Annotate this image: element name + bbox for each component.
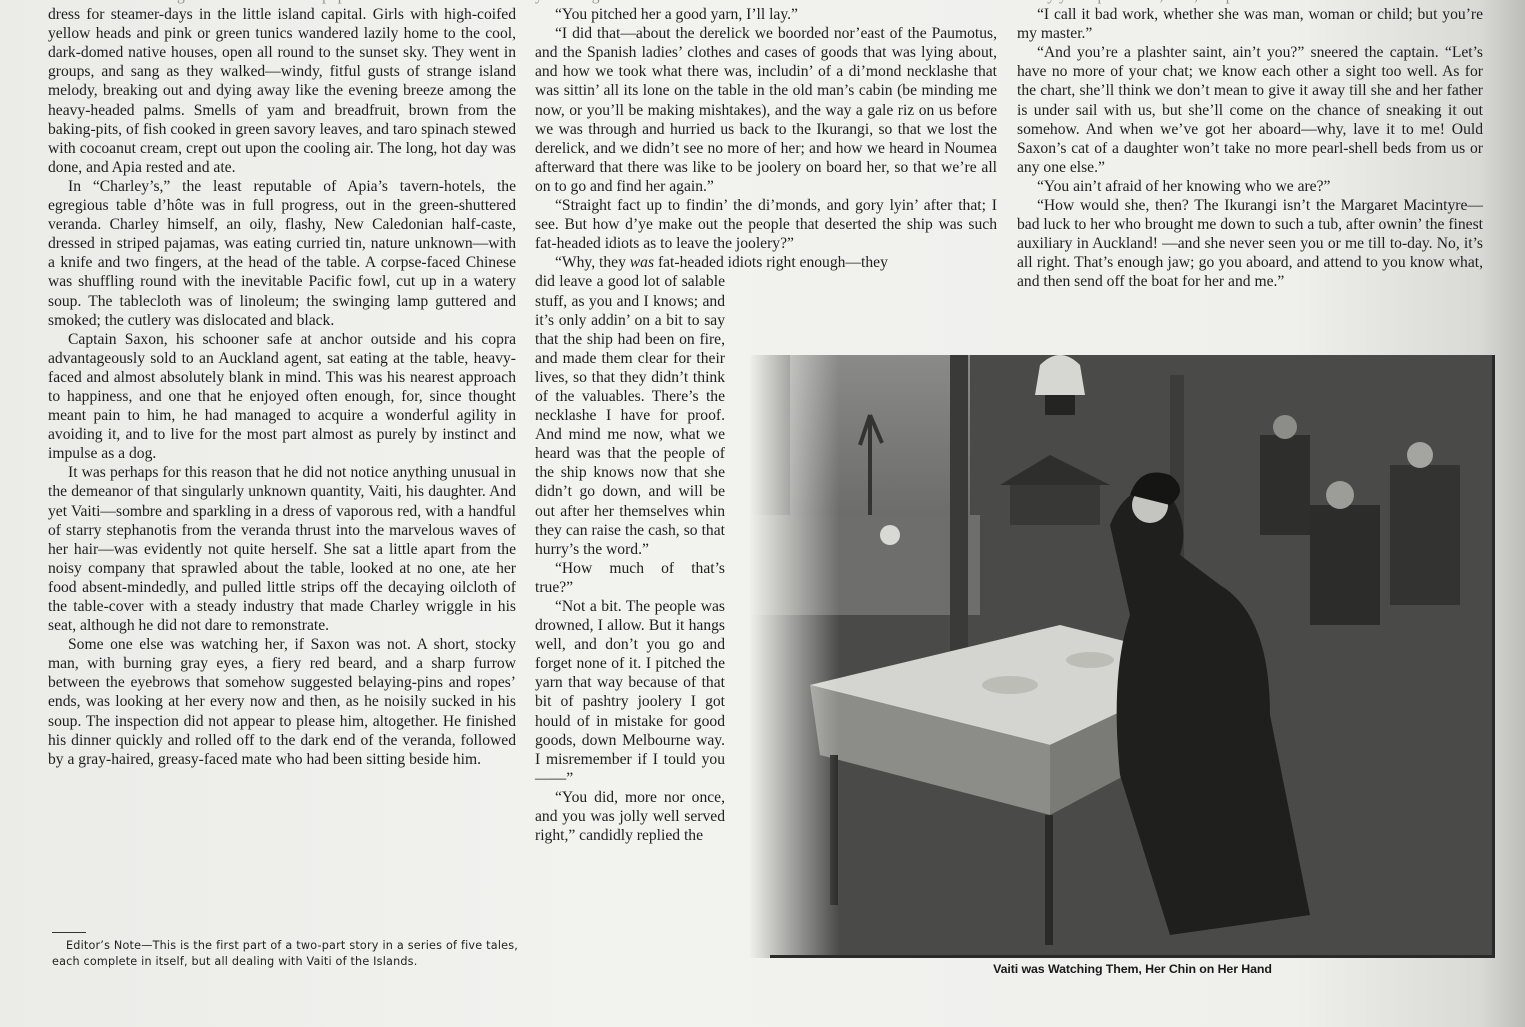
paragraph-why: “Why, they was fat-headed idiots right e… — [535, 253, 997, 272]
editors-note-text: Editor’s Note—This is the first part of … — [52, 939, 518, 968]
paragraph: “You ain’t afraid of her knowing who we … — [1017, 177, 1483, 196]
italic-word: was — [630, 254, 654, 271]
text-column-1: the red and white English bath towel tha… — [48, 0, 516, 769]
paragraph: In “Charley’s,” the least reputable of A… — [48, 177, 516, 330]
paragraph: dress for steamer-days in the little isl… — [48, 5, 516, 177]
text-run: fat-headed idiots right enough—they — [654, 254, 888, 271]
paragraph: “And you’re a plashter saint, ain’t you?… — [1017, 43, 1483, 177]
paragraph: did leave a good lot of salable stuff, a… — [535, 272, 725, 558]
paragraph: “I call it bad work, whether she was man… — [1017, 5, 1483, 43]
paragraph: “How would she, then? The Ikurangi isn’t… — [1017, 196, 1483, 291]
paragraph: “I did that—about the derelick we boorde… — [535, 24, 997, 196]
illustration-icon — [750, 355, 1495, 958]
paragraph: “How much of that’s true?” — [535, 559, 725, 597]
illustration-caption: Vaiti was Watching Them, Her Chin on Her… — [740, 962, 1525, 976]
text-run: “Why, they — [555, 254, 630, 271]
paragraph: Some one else was watching her, if Saxon… — [48, 635, 516, 769]
paragraph: “Straight fact up to findin’ the di’mond… — [535, 196, 997, 253]
cut-line: years longer than her. — [535, 0, 997, 5]
paragraph: Captain Saxon, his schooner safe at anch… — [48, 330, 516, 464]
paragraph: “Not a bit. The people was drowned, I al… — [535, 597, 725, 788]
narrow-text-block: did leave a good lot of salable stuff, a… — [535, 272, 725, 845]
paragraph: It was perhaps for this reason that he d… — [48, 463, 516, 635]
magazine-page: the red and white English bath towel tha… — [0, 0, 1525, 1027]
paragraph: “You did, more nor once, and you was jol… — [535, 788, 725, 845]
editors-note: Editor’s Note—This is the first part of … — [52, 938, 518, 969]
footnote-rule — [52, 932, 86, 933]
text-column-3: “Holy ye’ve planned it, then, I expect. … — [1017, 0, 1483, 292]
illustration-image — [750, 355, 1495, 958]
cut-line: the red and white English bath towel tha… — [48, 0, 516, 5]
cut-line: “Holy ye’ve planned it, then, I expect. … — [1017, 0, 1483, 5]
paragraph: “You pitched her a good yarn, I’ll lay.” — [535, 5, 997, 24]
